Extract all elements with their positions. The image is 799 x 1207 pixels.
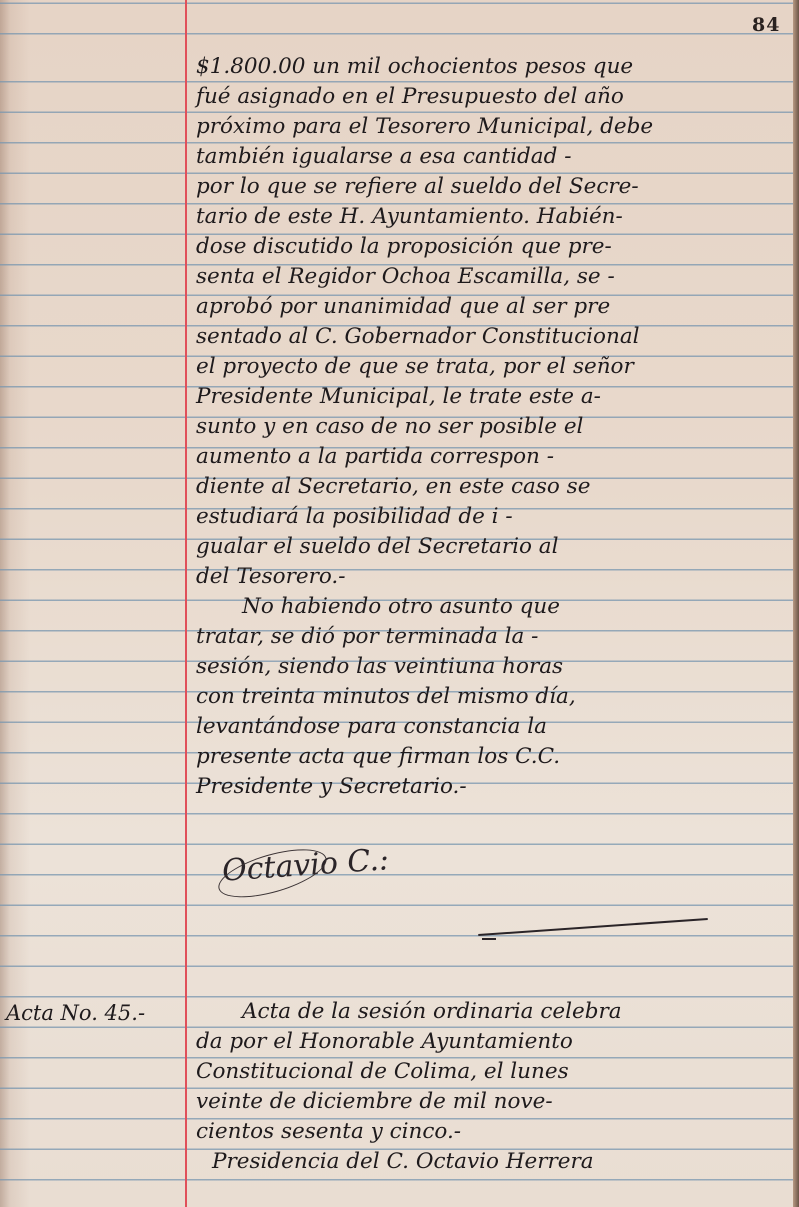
body-line: diente al Secretario, en este caso se — [196, 472, 653, 502]
body-line: levantándose para constancia la — [196, 712, 653, 742]
act-line: veinte de diciembre de mil nove- — [196, 1087, 622, 1117]
signature-underline — [482, 938, 496, 940]
act-line: da por el Honorable Ayuntamiento — [196, 1027, 622, 1057]
body-line: tratar, se dió por terminada la - — [196, 622, 653, 652]
body-line: senta el Regidor Ochoa Escamilla, se - — [196, 262, 653, 292]
act-line: Constitucional de Colima, el lunes — [196, 1057, 622, 1087]
body-line: presente acta que firman los C.C. — [196, 742, 653, 772]
body-line: con treinta minutos del mismo día, — [196, 682, 653, 712]
body-line: por lo que se refiere al sueldo del Secr… — [196, 172, 653, 202]
body-line: gualar el sueldo del Secretario al — [196, 532, 653, 562]
new-act-body: Acta de la sesión ordinaria celebra da p… — [196, 997, 622, 1177]
body-line: Presidente Municipal, le trate este a- — [196, 382, 653, 412]
act-number-margin-note: Acta No. 45.- — [6, 1001, 145, 1025]
body-line: $1.800.00 un mil ochocientos pesos que — [196, 52, 653, 82]
body-line: Presidente y Secretario.- — [196, 772, 653, 802]
body-line: sentado al C. Gobernador Constitucional — [196, 322, 653, 352]
body-line: aumento a la partida correspon - — [196, 442, 653, 472]
body-line: sesión, siendo las veintiuna horas — [196, 652, 653, 682]
body-line: también igualarse a esa cantidad - — [196, 142, 653, 172]
page-edge — [793, 0, 799, 1207]
body-line: aprobó por unanimidad que al ser pre — [196, 292, 653, 322]
body-line: tario de este H. Ayuntamiento. Habién- — [196, 202, 653, 232]
minutes-body: $1.800.00 un mil ochocientos pesos que f… — [196, 52, 653, 802]
body-line: próximo para el Tesorero Municipal, debe — [196, 112, 653, 142]
body-line: No habiendo otro asunto que — [196, 592, 653, 622]
act-line: Acta de la sesión ordinaria celebra — [196, 997, 622, 1027]
body-line: estudiará la posibilidad de i - — [196, 502, 653, 532]
act-line: Presidencia del C. Octavio Herrera — [196, 1147, 622, 1177]
body-line: el proyecto de que se trata, por el seño… — [196, 352, 653, 382]
body-line: fué asignado en el Presupuesto del año — [196, 82, 653, 112]
body-line: dose discutido la proposición que pre- — [196, 232, 653, 262]
act-line: cientos sesenta y cinco.- — [196, 1117, 622, 1147]
ledger-page: 84 $1.800.00 un mil ochocientos pesos qu… — [0, 0, 799, 1207]
body-line: sunto y en caso de no ser posible el — [196, 412, 653, 442]
body-line: del Tesorero.- — [196, 562, 653, 592]
red-margin-line — [185, 0, 187, 1207]
page-number: 84 — [752, 14, 780, 36]
